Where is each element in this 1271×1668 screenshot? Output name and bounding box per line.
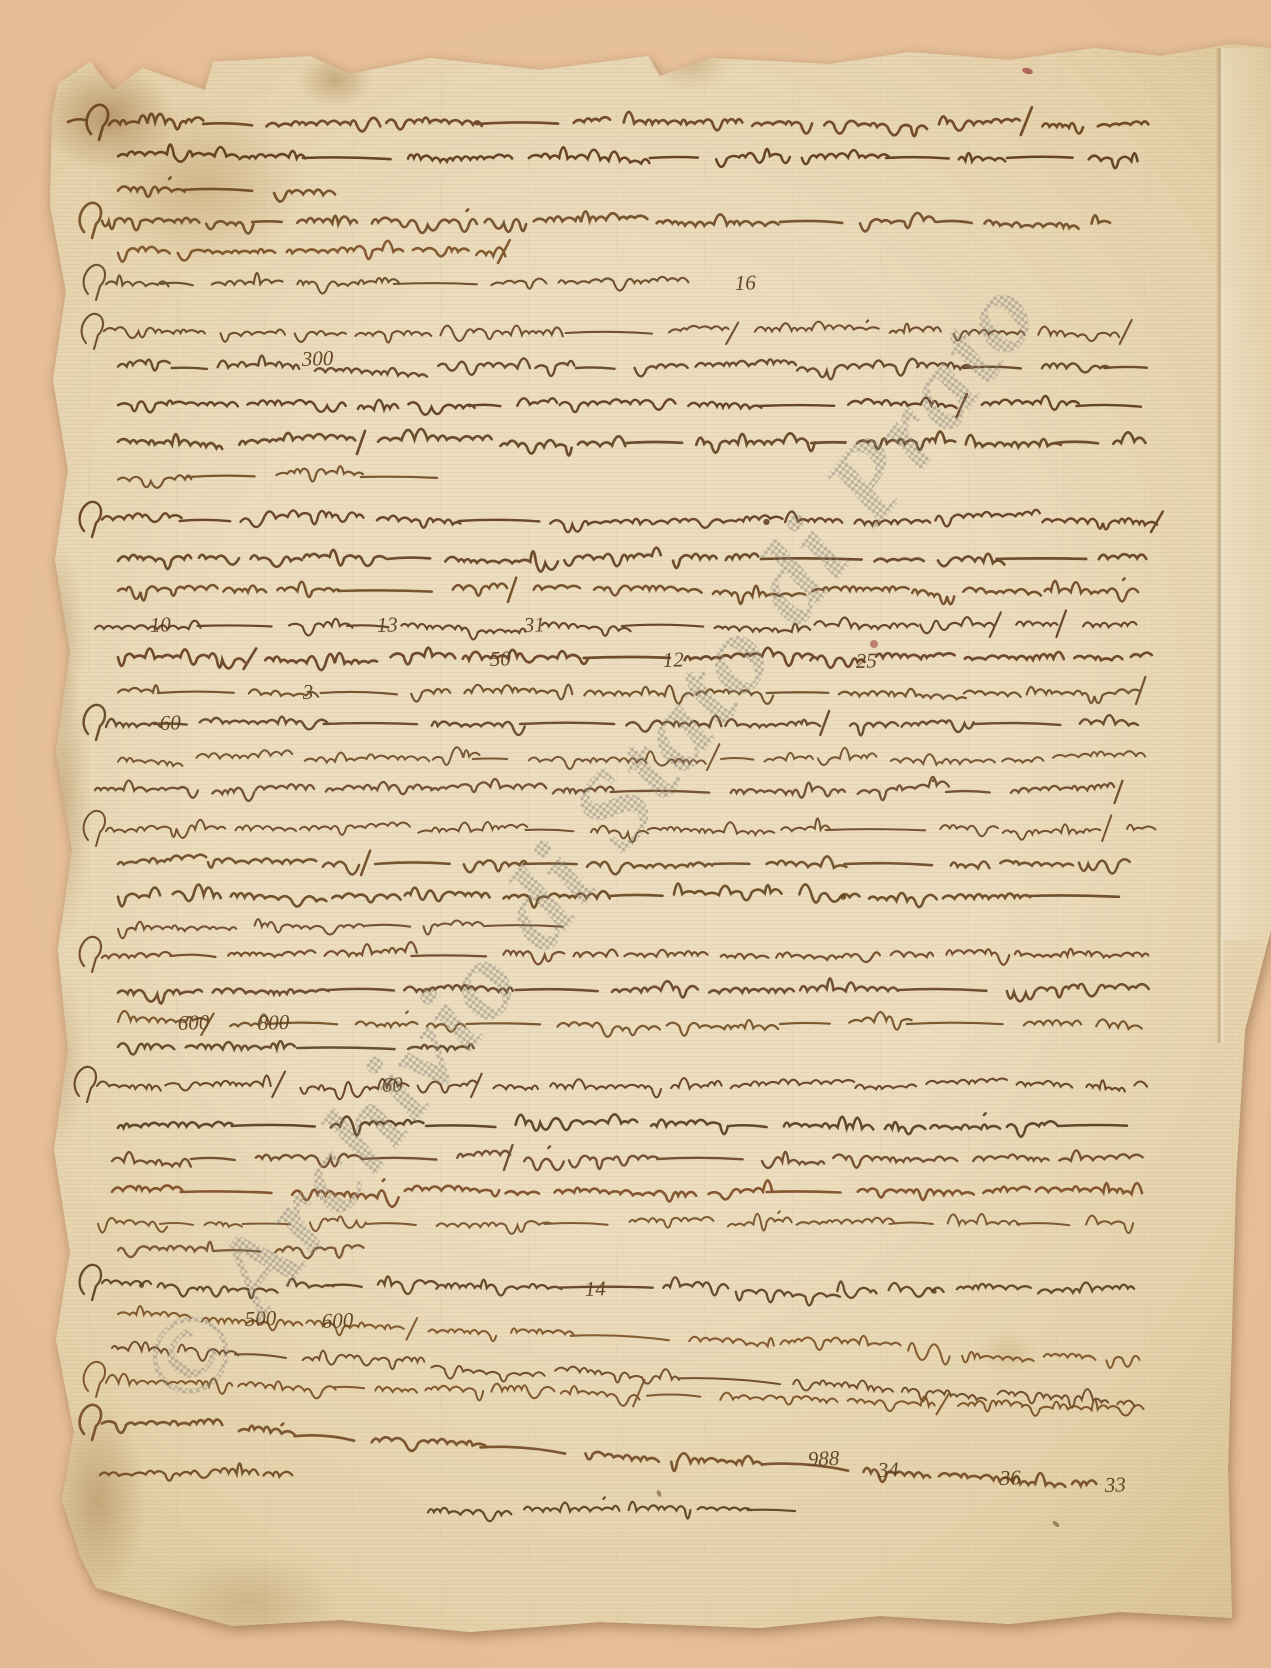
legible-number: 31 [522,612,545,637]
handwriting-line [95,611,1137,640]
legible-number: 36 [998,1465,1021,1490]
legible-number: 800 [257,1010,290,1035]
legible-number: 600 [177,1010,210,1035]
archive-copyright-watermark: © Archivio di Stato di Prato [115,254,1063,1427]
legible-number: 50 [489,646,511,671]
legible-number: 13 [376,612,398,637]
legible-number: 988 [807,1446,840,1471]
handwriting-line [80,1405,1097,1487]
ink-blot [139,1283,144,1288]
legible-number: 60 [159,710,181,735]
handwriting-line [118,145,1137,169]
legible-number: 14 [584,1276,606,1301]
legible-number: 300 [300,346,334,371]
handwriting-line [118,648,1152,670]
legible-number: 33 [1103,1472,1126,1497]
handwriting-line [118,978,1149,1003]
handwriting-line [80,203,1110,238]
handwriting-line [100,1463,292,1480]
handwriting-line [118,429,1145,455]
handwriting-line [118,240,510,263]
legible-number: 16 [734,270,756,295]
handwriting-line [118,548,1146,572]
legible-number: 10 [149,612,171,637]
handwriting-line [84,265,689,300]
red-ink-speck [870,640,878,648]
ink-blot [932,1289,937,1294]
legible-number: 34 [876,1457,899,1482]
handwriting-line [80,937,1149,972]
ink-blot [840,894,846,900]
handwriting-line [75,1067,1148,1102]
legible-number: 3 [301,680,313,704]
scan-backdrop: 1630010133150122536060080060145006009883… [0,0,1271,1668]
handwriting-line [118,578,1138,605]
handwriting-line [68,105,1148,140]
legible-number: 600 [321,1308,354,1333]
handwriting-line [118,466,437,488]
handwriting-line [118,177,335,201]
handwriting-line [80,502,1163,537]
handwriting-line [428,1497,795,1521]
manuscript-overlay: 1630010133150122536060080060145006009883… [0,0,1271,1668]
handwriting-line [118,1113,1127,1136]
legible-number: 25 [855,648,877,673]
